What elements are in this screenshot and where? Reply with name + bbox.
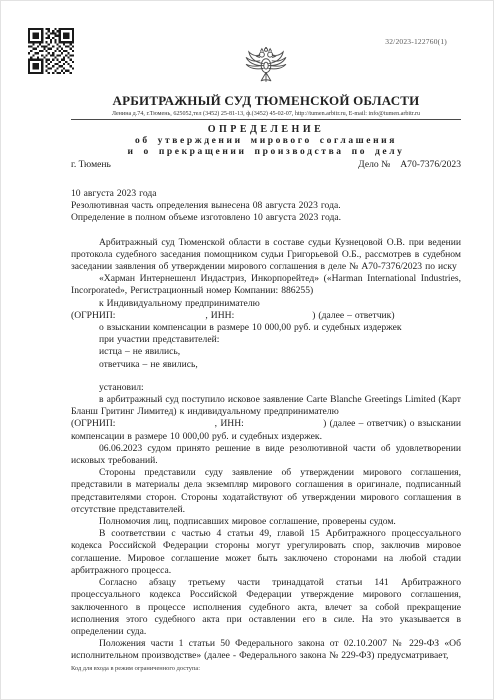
case-number: А70-7376/2023 [400,159,461,170]
document-subtitle-1: об утверждении мирового соглашения [71,136,461,146]
document-header: АРБИТРАЖНЫЙ СУД ТЮМЕНСКОЙ ОБЛАСТИ Ленина… [1,1,493,170]
court-address-line: Ленина д.74, г.Тюмень, 625052,тел (3452)… [71,111,461,120]
para-claim-amount: о взыскании компенсации в размере 10 000… [71,322,461,334]
case-number-label: Дело № [358,159,390,170]
full-volume-date-line: Определение в полном объеме изготовлено … [71,212,461,224]
document-body: 10 августа 2023 года Резолютивная часть … [1,170,493,663]
court-name: АРБИТРАЖНЫЙ СУД ТЮМЕНСКОЙ ОБЛАСТИ [71,93,461,109]
para-settlement-submitted: Стороны представили суду заявление об ут… [71,467,461,516]
para-defendant-intro: к Индивидуальному предпринимателю [71,298,461,310]
para-defendant-absent: ответчика – не явились, [71,359,461,371]
dates-block: 10 августа 2023 года Резолютивная часть … [71,188,461,225]
para-plaintiff: «Харман Интернешенл Индастриз, Инкорпоре… [71,273,461,297]
russia-coat-of-arms-icon [244,47,288,87]
date-issued: 10 августа 2023 года [71,188,461,200]
para-article-141: Согласно абзацу третьему части тринадцат… [71,577,461,638]
para-court-composition: Арбитражный суд Тюменской области в сост… [71,237,461,274]
para-ustanovil: установил: [71,382,461,394]
case-line: г. Тюмень Дело № А70-7376/2023 [71,159,461,170]
para-law-229-fz: Положения части 1 статьи 50 Федерального… [71,638,461,662]
para-ogrnip-inn: (ОГРНИП: , ИНН: ) (далее – ответчик) [71,310,461,322]
para-authority-checked: Полномочия лиц, подписавших мировое согл… [71,516,461,528]
para-plaintiff-absent: истца – не явились, [71,346,461,358]
para-article-49: В соответствии с частью 4 статьи 49, гла… [71,528,461,577]
para-representatives: при участии представителей: [71,334,461,346]
city-label: г. Тюмень [71,159,111,170]
resolution-date-line: Резолютивная часть определения вынесена … [71,200,461,212]
restricted-access-note: Код для входа в режим ограниченного дост… [71,665,200,672]
court-order-page: 32/2023-122760(1) [0,0,494,700]
document-number: 32/2023-122760(1) [385,37,447,46]
document-title: ОПРЕДЕЛЕНИЕ [71,124,461,135]
qr-code-icon [28,28,74,74]
document-subtitle-2: и о прекращении производства по делу [71,147,461,157]
para-claim-received: в арбитражный суд поступило исковое заяв… [71,394,461,443]
para-decision-06-06-2023: 06.06.2023 судом принято решение в виде … [71,443,461,467]
